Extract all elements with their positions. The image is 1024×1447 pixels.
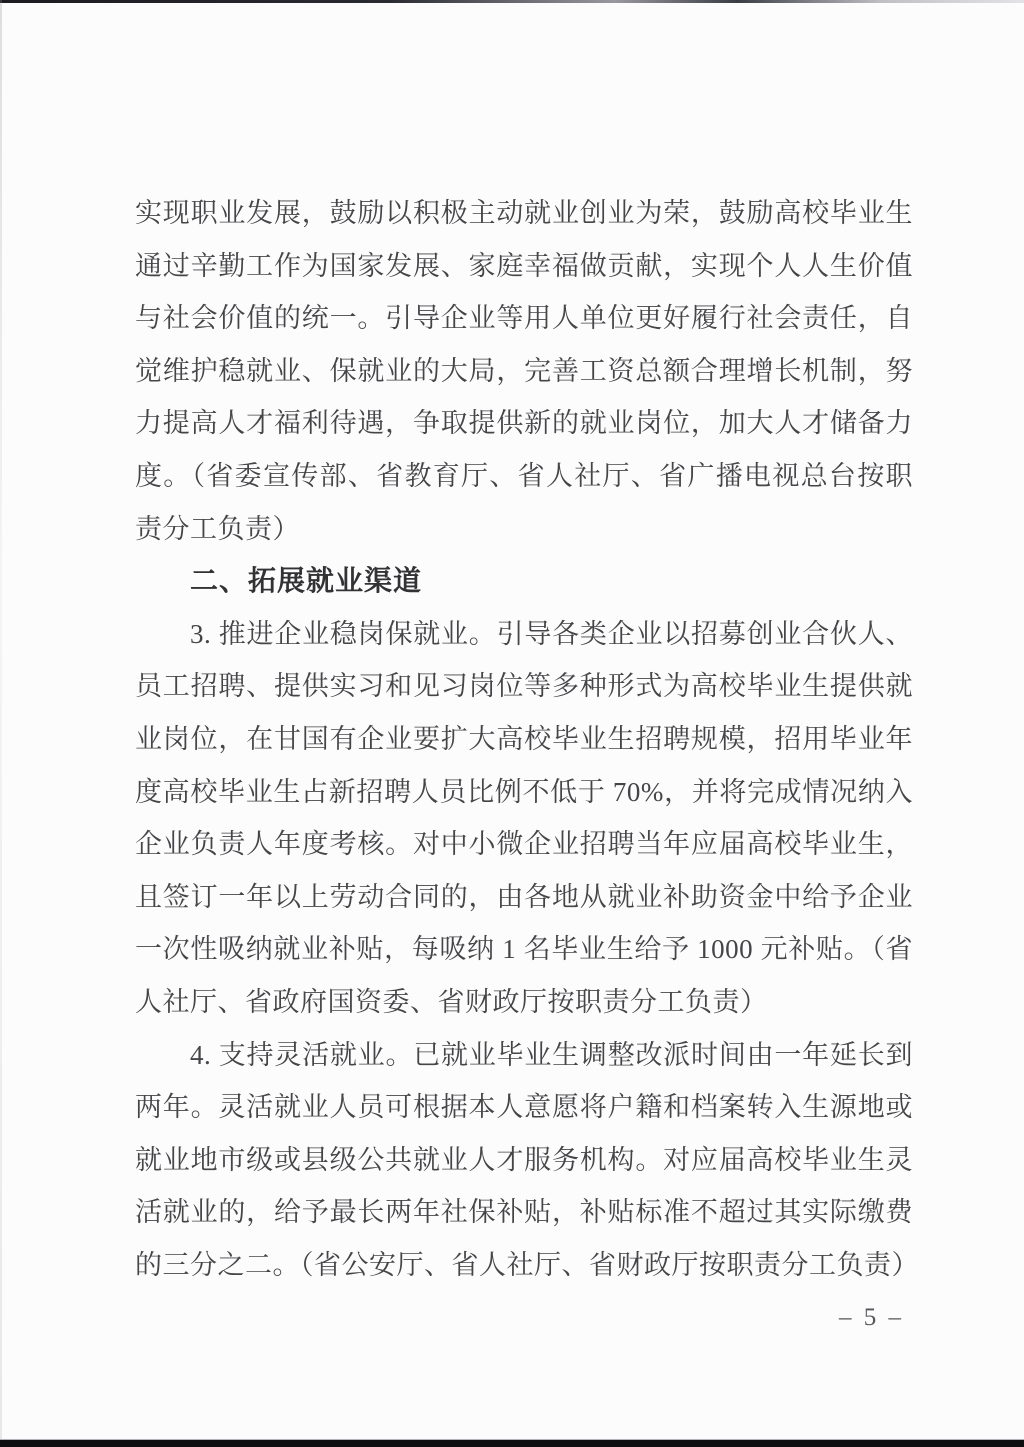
text-line: 活就业的，给予最长两年社保补贴，补贴标准不超过其实际缴费 [135, 1186, 913, 1239]
text-line: 业岗位，在甘国有企业要扩大高校毕业生招聘规模，招用毕业年 [135, 713, 913, 766]
text-line: 且签订一年以上劳动合同的，由各地从就业补助资金中给予企业 [135, 871, 913, 924]
text-line: 与社会价值的统一。引导企业等用人单位更好履行社会责任，自 [135, 292, 913, 345]
text-line: 力提高人才福利待遇，争取提供新的就业岗位，加大人才储备力 [135, 397, 913, 450]
text-line: 人社厅、省政府国资委、省财政厅按职责分工负责） [135, 976, 913, 1029]
scan-artifact-top-edge [0, 0, 1024, 3]
text-line: 就业地市级或县级公共就业人才服务机构。对应届高校毕业生灵 [135, 1134, 913, 1187]
text-line: 3. 推进企业稳岗保就业。引导各类企业以招募创业合伙人、 [135, 608, 913, 661]
scan-artifact-bottom-edge [0, 1440, 1024, 1447]
text-line: 两年。灵活就业人员可根据本人意愿将户籍和档案转入生源地或 [135, 1081, 913, 1134]
text-line: 一次性吸纳就业补贴，每吸纳 1 名毕业生给予 1000 元补贴。（省 [135, 923, 913, 976]
text-line: 责分工负责） [135, 503, 913, 556]
section-heading: 二、拓展就业渠道 [135, 555, 913, 608]
text-line: 的三分之二。（省公安厅、省人社厅、省财政厅按职责分工负责） [135, 1239, 913, 1292]
document-page: 实现职业发展，鼓励以积极主动就业创业为荣，鼓励高校毕业生通过辛勤工作为国家发展、… [0, 0, 1024, 1447]
text-line: 通过辛勤工作为国家发展、家庭幸福做贡献，实现个人人生价值 [135, 240, 913, 293]
text-line: 企业负责人年度考核。对中小微企业招聘当年应届高校毕业生， [135, 818, 913, 871]
page-number: – 5 – [839, 1301, 904, 1335]
text-line: 实现职业发展，鼓励以积极主动就业创业为荣，鼓励高校毕业生 [135, 187, 913, 240]
scan-artifact-left-edge [0, 0, 2, 1447]
text-block: 实现职业发展，鼓励以积极主动就业创业为荣，鼓励高校毕业生通过辛勤工作为国家发展、… [135, 187, 913, 1291]
text-line: 员工招聘、提供实习和见习岗位等多种形式为高校毕业生提供就 [135, 660, 913, 713]
text-line: 4. 支持灵活就业。已就业毕业生调整改派时间由一年延长到 [135, 1029, 913, 1082]
text-line: 度高校毕业生占新招聘人员比例不低于 70%，并将完成情况纳入 [135, 766, 913, 819]
text-line: 觉维护稳就业、保就业的大局，完善工资总额合理增长机制，努 [135, 345, 913, 398]
text-line: 度。（省委宣传部、省教育厅、省人社厅、省广播电视总台按职 [135, 450, 913, 503]
